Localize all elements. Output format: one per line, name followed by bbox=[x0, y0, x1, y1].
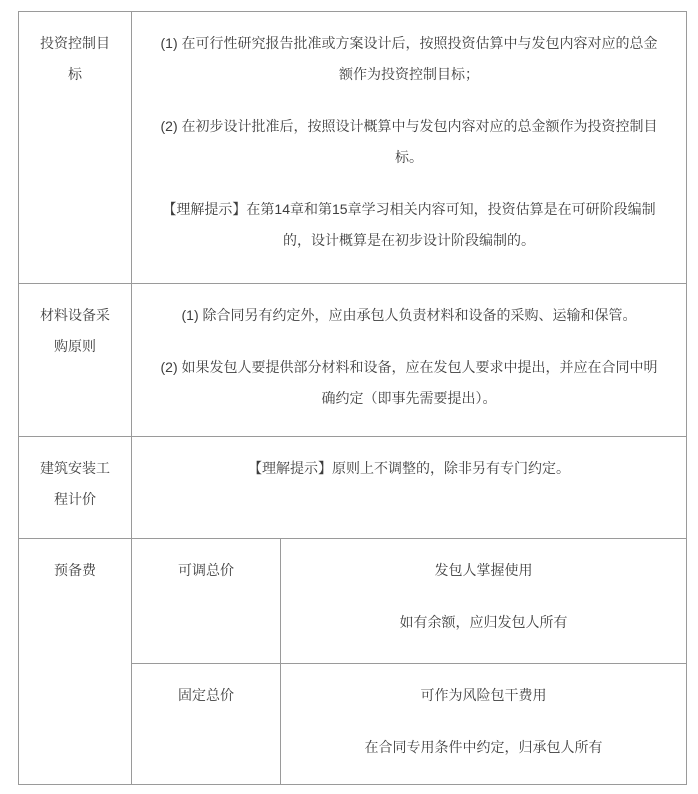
paragraph-line-1: 可作为风险包干费用 bbox=[305, 680, 662, 711]
paragraph-line-2: 在合同专用条件中约定，归承包人所有 bbox=[305, 732, 662, 763]
table-row: 建筑安装工程计价 【理解提示】原则上不调整的，除非另有专门约定。 bbox=[19, 437, 687, 539]
paragraph-item-2: (2) 在初步设计批准后，按照设计概算中与发包内容对应的总金额作为投资控制目标。 bbox=[156, 111, 662, 173]
table-row: 材料设备采购原则 (1) 除合同另有约定外，应由承包人负责材料和设备的采购、运输… bbox=[19, 284, 687, 437]
cell-adjustable-lump-sum-content: 发包人掌握使用 如有余额，应归发包人所有 bbox=[281, 539, 687, 664]
cell-material-equipment-procurement-content: (1) 除合同另有约定外，应由承包人负责材料和设备的采购、运输和保管。 (2) … bbox=[132, 284, 687, 437]
paragraph-understanding-tip: 【理解提示】原则上不调整的，除非另有专门约定。 bbox=[156, 453, 662, 484]
row-header-material-equipment-procurement: 材料设备采购原则 bbox=[19, 284, 132, 437]
row-header-construction-installation-pricing: 建筑安装工程计价 bbox=[19, 437, 132, 539]
cell-construction-installation-pricing-content: 【理解提示】原则上不调整的，除非另有专门约定。 bbox=[132, 437, 687, 539]
cell-investment-control-target-content: (1) 在可行性研究报告批准或方案设计后，按照投资估算中与发包内容对应的总金额作… bbox=[132, 12, 687, 284]
paragraph-line-2: 如有余额，应归发包人所有 bbox=[305, 607, 662, 638]
notes-table: 投资控制目标 (1) 在可行性研究报告批准或方案设计后，按照投资估算中与发包内容… bbox=[18, 11, 687, 785]
row-header-reserve-fund: 预备费 bbox=[19, 539, 132, 785]
cell-fixed-lump-sum-content: 可作为风险包干费用 在合同专用条件中约定，归承包人所有 bbox=[281, 664, 687, 785]
paragraph-item-1: (1) 除合同另有约定外，应由承包人负责材料和设备的采购、运输和保管。 bbox=[156, 300, 662, 331]
paragraph-understanding-tip: 【理解提示】在第14章和第15章学习相关内容可知，投资估算是在可研阶段编制的，设… bbox=[156, 194, 662, 256]
paragraph-item-1: (1) 在可行性研究报告批准或方案设计后，按照投资估算中与发包内容对应的总金额作… bbox=[156, 28, 662, 90]
paragraph-item-2: (2) 如果发包人要提供部分材料和设备，应在发包人要求中提出，并应在合同中明确约… bbox=[156, 352, 662, 414]
paragraph-line-1: 发包人掌握使用 bbox=[305, 555, 662, 586]
row-header-investment-control-target: 投资控制目标 bbox=[19, 12, 132, 284]
table-row: 投资控制目标 (1) 在可行性研究报告批准或方案设计后，按照投资估算中与发包内容… bbox=[19, 12, 687, 284]
subrow-label-fixed-lump-sum: 固定总价 bbox=[132, 664, 281, 785]
subrow-label-adjustable-lump-sum: 可调总价 bbox=[132, 539, 281, 664]
notes-table-container: 投资控制目标 (1) 在可行性研究报告批准或方案设计后，按照投资估算中与发包内容… bbox=[18, 11, 687, 785]
table-row: 预备费 可调总价 发包人掌握使用 如有余额，应归发包人所有 bbox=[19, 539, 687, 664]
